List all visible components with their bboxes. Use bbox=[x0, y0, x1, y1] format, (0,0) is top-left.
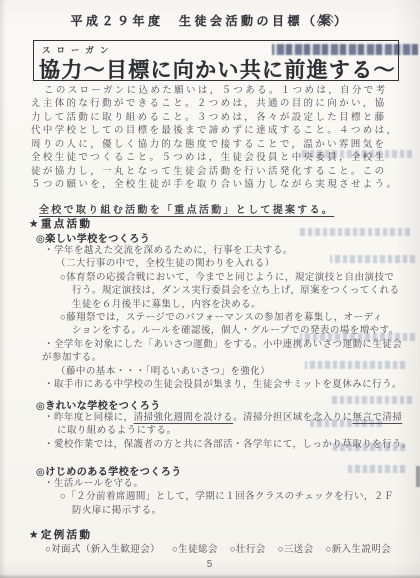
slogan-text: 協力～目標に向かい共に前進する～ bbox=[39, 54, 396, 84]
clean-line1-underlined2: 無言で清掃 bbox=[352, 412, 402, 423]
regular-activity-item: ○生徒総会 bbox=[172, 541, 218, 555]
page-title: 平成２９年度 生徒会活動の目標（案） bbox=[0, 12, 420, 29]
intro-line: 代中学校としての目標を最後まで諦めずに達成すること。４つめは， bbox=[31, 124, 411, 137]
document-page: 平成２９年度 生徒会活動の目標（案） スローガン 協力～目標に向かい共に前進する… bbox=[0, 0, 420, 578]
clean-line1-pre: ・昨年度と同様に， bbox=[44, 412, 134, 423]
page-number: 5 bbox=[0, 559, 420, 570]
slogan-box: スローガン 協力～目標に向かい共に前進する～ bbox=[33, 40, 399, 81]
intro-line: 全校生徒でつくること。５つめは，生徒会役員と中央委員，全校生 bbox=[31, 151, 411, 164]
section-line: 生徒を６月後半に募集し，内容を決める。 bbox=[31, 298, 416, 311]
scan-edge-left bbox=[0, 0, 6, 578]
proposal-line: 全校で取り組む活動を「重点活動」として提案する。 bbox=[39, 201, 334, 216]
section-clean-school: ・昨年度と同様に，清掃強化週間を設ける。清掃分担区域を念入りに無言で清掃 に取り… bbox=[31, 411, 416, 451]
section-line: ションをする。ルールを確認後，個人・グループでの発表の場を増やす。 bbox=[31, 324, 416, 337]
section-line: ○藤翔祭では，ステージでのパフォーマンスの参加者を募集し，オーディ bbox=[31, 311, 416, 324]
regular-activity-item: ○壮行会 bbox=[230, 541, 266, 555]
section-fun-school: ・学年を越えた交流を深めるために，行事を工夫する。 （二大行事の中で，全校生徒の… bbox=[31, 244, 416, 391]
intro-line: 周りの人に，優しく協力的な態度で接することで，温かい雰囲気を bbox=[31, 138, 411, 151]
regular-activity-item: ○対面式（新入生歓迎会） bbox=[45, 541, 160, 555]
section-line: （藤中の基本・・・「明るいあいさつ」を強化） bbox=[31, 365, 416, 378]
section-line: に取り組めるようにする。 bbox=[31, 424, 416, 437]
intro-line: え主体的な行動ができること。２つめは，共通の目的に向かい，協 bbox=[31, 97, 411, 110]
section-heading-clean-school: ◎きれいな学校をつくろう bbox=[36, 397, 161, 412]
section-line: が参加する。 bbox=[31, 351, 416, 364]
scan-edge-bottom bbox=[0, 574, 420, 578]
intro-line: このスローガンに込めた願いは，５つある。１つめは，自分で考 bbox=[31, 84, 411, 97]
section-line: ・愛校作業では，保護者の方と共に各部活・各学年にて，しっかり草取りを行う。 bbox=[31, 438, 416, 451]
section-line: ・取手市にある中学校の生徒会役員が集まり，生徒会サミットを夏休みに行う。 bbox=[31, 378, 416, 391]
section-line: 防火扉に掲示する。 bbox=[31, 504, 416, 517]
intro-paragraph: このスローガンに込めた願いは，５つある。１つめは，自分で考 え主体的な行動ができ… bbox=[31, 84, 411, 192]
section-line: ○体育祭の応援合戦において，今までと同じように，規定演技と自由演技で bbox=[31, 271, 416, 284]
ink-bleed-edge-mark bbox=[416, 466, 420, 487]
section-line: ・学年を越えた交流を深めるために，行事を工夫する。 bbox=[31, 244, 416, 257]
key-activities-header: ★重点活動 bbox=[29, 216, 92, 231]
section-discipline-school: ・生活ルールを守る。 ○「２分前着席週間」として，学期に１回各クラスのチェックを… bbox=[31, 477, 416, 517]
section-heading-discipline-school: ◎けじめのある学校をつくろう bbox=[36, 463, 182, 478]
regular-activity-item: ○三送会 bbox=[278, 541, 314, 555]
section-line: ・昨年度と同様に，清掃強化週間を設ける。清掃分担区域を念入りに無言で清掃 bbox=[31, 411, 416, 424]
clean-line1-mid: 。清掃分担区域を念入りに bbox=[233, 412, 352, 423]
intro-line: 力して活動に取り組めること。３つめは，各々が設定した目標と藤 bbox=[31, 111, 411, 124]
section-line: 行う。規定演技は，ダンス実行委員会を立ち上げ，原案をつくってくれる bbox=[31, 284, 416, 297]
proposal-text: 全校で取り組む活動を「重点活動」として提案する。 bbox=[39, 205, 334, 216]
title-text: 平成２９年度 生徒会活動の目標（ bbox=[70, 14, 318, 28]
section-line: ・生活ルールを守る。 bbox=[31, 477, 416, 490]
intro-line: ５つの願いを，全校生徒が手を取り合い協力しながら実現させよう。 bbox=[31, 178, 411, 191]
draft-char: 案 bbox=[318, 12, 334, 29]
section-heading-fun-school: ◎楽しい学校をつくろう bbox=[36, 230, 150, 245]
regular-activities-list: ○対面式（新入生歓迎会） ○生徒総会 ○壮行会 ○三送会 ○新入生説明会 bbox=[45, 541, 391, 555]
regular-activity-item: ○新入生説明会 bbox=[325, 541, 391, 555]
section-line: （二大行事の中で，全校生徒の関わりを入れる） bbox=[31, 257, 416, 270]
section-line: ○「２分前着席週間」として，学期に１回各クラスのチェックを行い，２Ｆ bbox=[31, 490, 416, 503]
regular-activities-header: ★定例活動 bbox=[29, 527, 92, 542]
title-close-paren: ） bbox=[334, 14, 350, 28]
clean-line1-underlined: 清掃強化週間を設ける bbox=[134, 412, 234, 423]
section-line: ・全学年を対象にした「あいさつ運動」をする。小中連携あいさつ運動に生徒会 bbox=[31, 338, 416, 351]
intro-line: 徒が協力し，一丸となって生徒会活動を行い活発化すること。この bbox=[31, 165, 411, 178]
draft-char-text: 案 bbox=[318, 14, 334, 28]
